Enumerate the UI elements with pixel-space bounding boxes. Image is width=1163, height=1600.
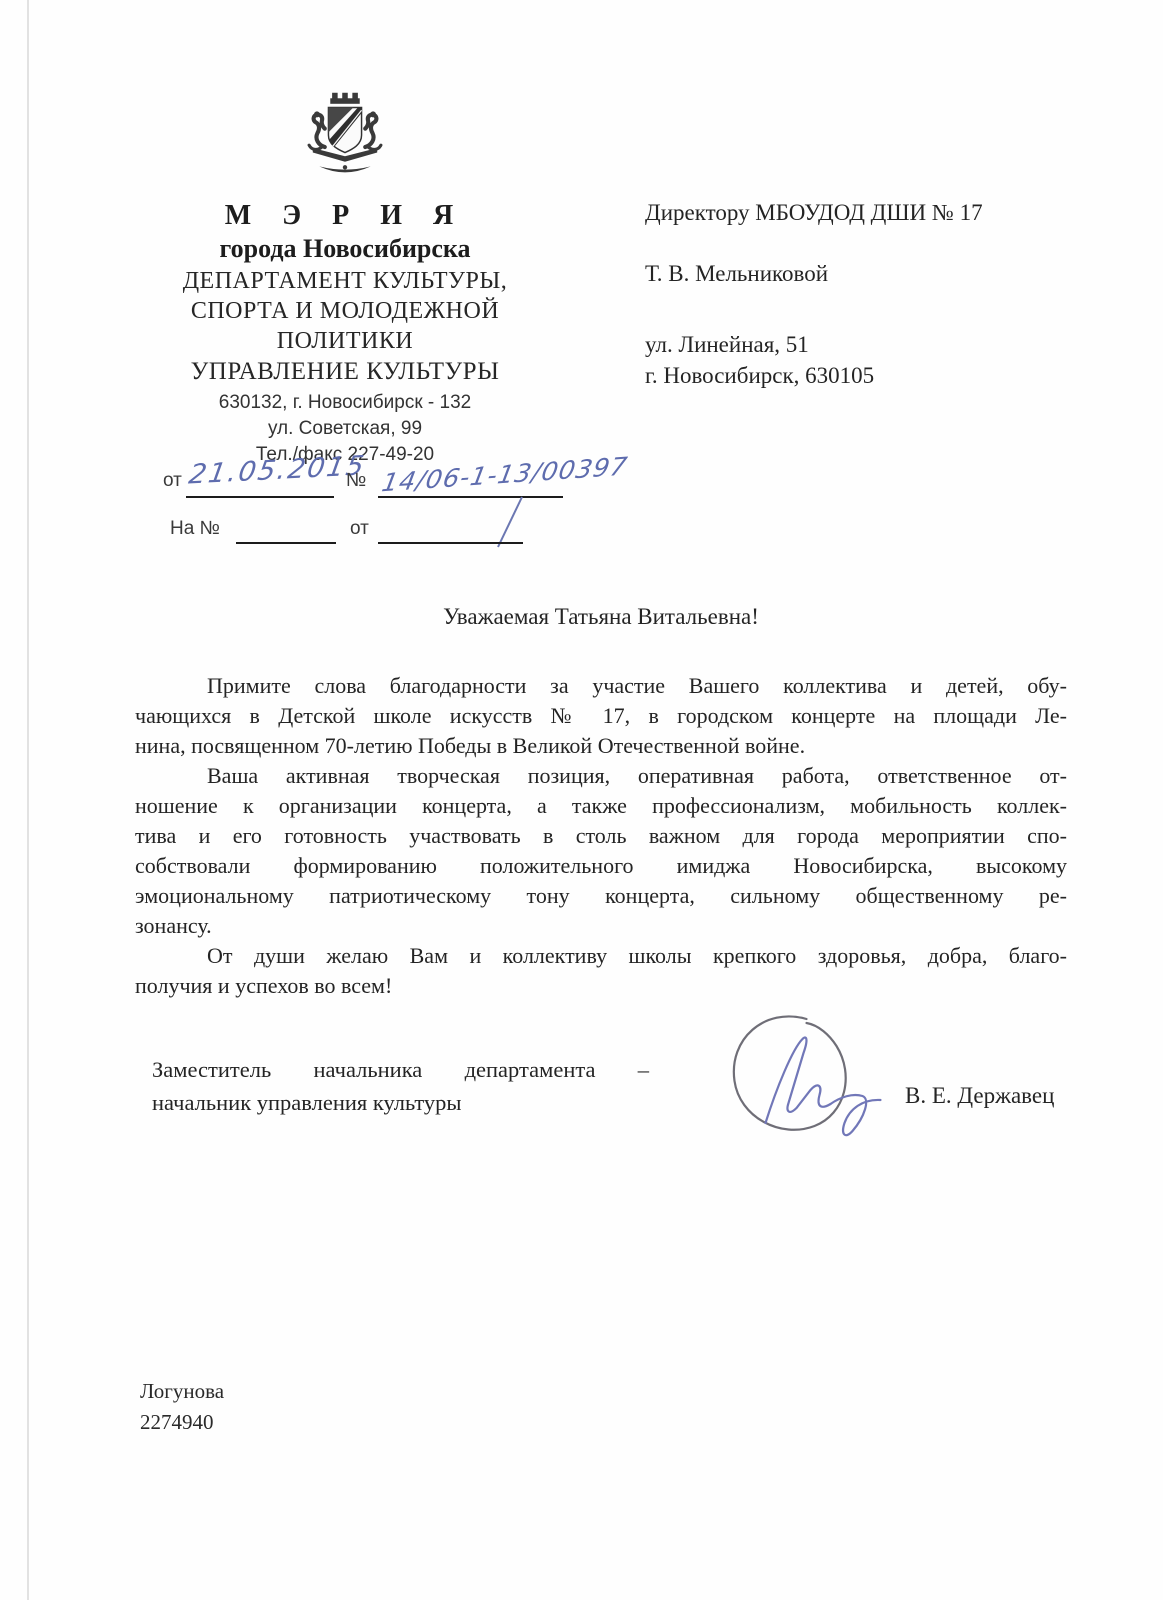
- signatory-title-line-1: Заместитель начальника департамента –: [152, 1053, 649, 1086]
- body-line: собствовали формированию положительного …: [135, 851, 1067, 881]
- body-line: Примите слова благодарности за участие В…: [135, 671, 1067, 701]
- body-line: тива и его готовность участвовать в стол…: [135, 821, 1067, 851]
- salutation: Уважаемая Татьяна Витальевна!: [135, 604, 1067, 630]
- reply-number-field: [236, 518, 336, 544]
- signatory-name: В. Е. Державец: [905, 1083, 1054, 1109]
- signatory-title: Заместитель начальника департамента – на…: [152, 1053, 649, 1119]
- body-line: От души желаю Вам и коллективу школы кре…: [135, 941, 1067, 971]
- org-postal-address: 630132, г. Новосибирск - 132: [120, 392, 570, 414]
- ref-number-label: №: [346, 470, 366, 492]
- reply-from-field: [378, 518, 523, 544]
- recipient-position: Директору МБОУДОД ДШИ № 17: [645, 200, 1105, 226]
- reply-from-label: от: [350, 518, 369, 540]
- reply-number-label: На №: [170, 518, 220, 540]
- org-dept-line-2: СПОРТА И МОЛОДЕЖНОЙ: [120, 296, 570, 326]
- scanned-letter-page: М Э Р И Я города Новосибирска ДЕПАРТАМЕН…: [0, 0, 1163, 1600]
- novosibirsk-coat-of-arms-icon: [291, 90, 399, 182]
- executor-phone: 2274940: [140, 1407, 224, 1438]
- scan-edge-artifact: [27, 0, 29, 1600]
- executor-block: Логунова 2274940: [140, 1376, 224, 1438]
- body-line: эмоциональному патриотическому тону конц…: [135, 881, 1067, 911]
- signatory-title-line-2: начальник управления культуры: [152, 1086, 649, 1119]
- body-line: ношение к организации концерта, а также …: [135, 791, 1067, 821]
- letter-body: Примите слова благодарности за участие В…: [135, 671, 1067, 1001]
- org-dept-line-1: ДЕПАРТАМЕНТ КУЛЬТУРЫ,: [120, 266, 570, 296]
- body-line: Ваша активная творческая позиция, операт…: [135, 761, 1067, 791]
- org-dept-line-3: ПОЛИТИКИ: [120, 326, 570, 356]
- org-name-city: города Новосибирска: [120, 232, 570, 266]
- body-line: чающихся в Детской школе искусств № 17, …: [135, 701, 1067, 731]
- org-name-main: М Э Р И Я: [120, 200, 570, 232]
- body-line: зонансу.: [135, 911, 1067, 941]
- recipient-street: ул. Линейная, 51: [645, 329, 1105, 360]
- body-line: получия и успехов во всем!: [135, 971, 1067, 1001]
- recipient-name: Т. В. Мельниковой: [645, 261, 1105, 287]
- executor-name: Логунова: [140, 1376, 224, 1407]
- ref-date-label: от: [163, 470, 182, 492]
- recipient-block: Директору МБОУДОД ДШИ № 17 Т. В. Мельник…: [645, 200, 1105, 391]
- handwritten-signature: [700, 1005, 915, 1155]
- org-street-address: ул. Советская, 99: [120, 418, 570, 440]
- letterhead: М Э Р И Я города Новосибирска ДЕПАРТАМЕН…: [120, 90, 570, 466]
- org-division: УПРАВЛЕНИЕ КУЛЬТУРЫ: [120, 356, 570, 388]
- recipient-city: г. Новосибирск, 630105: [645, 360, 1105, 391]
- body-line: нина, посвященном 70-летию Победы в Вели…: [135, 731, 1067, 761]
